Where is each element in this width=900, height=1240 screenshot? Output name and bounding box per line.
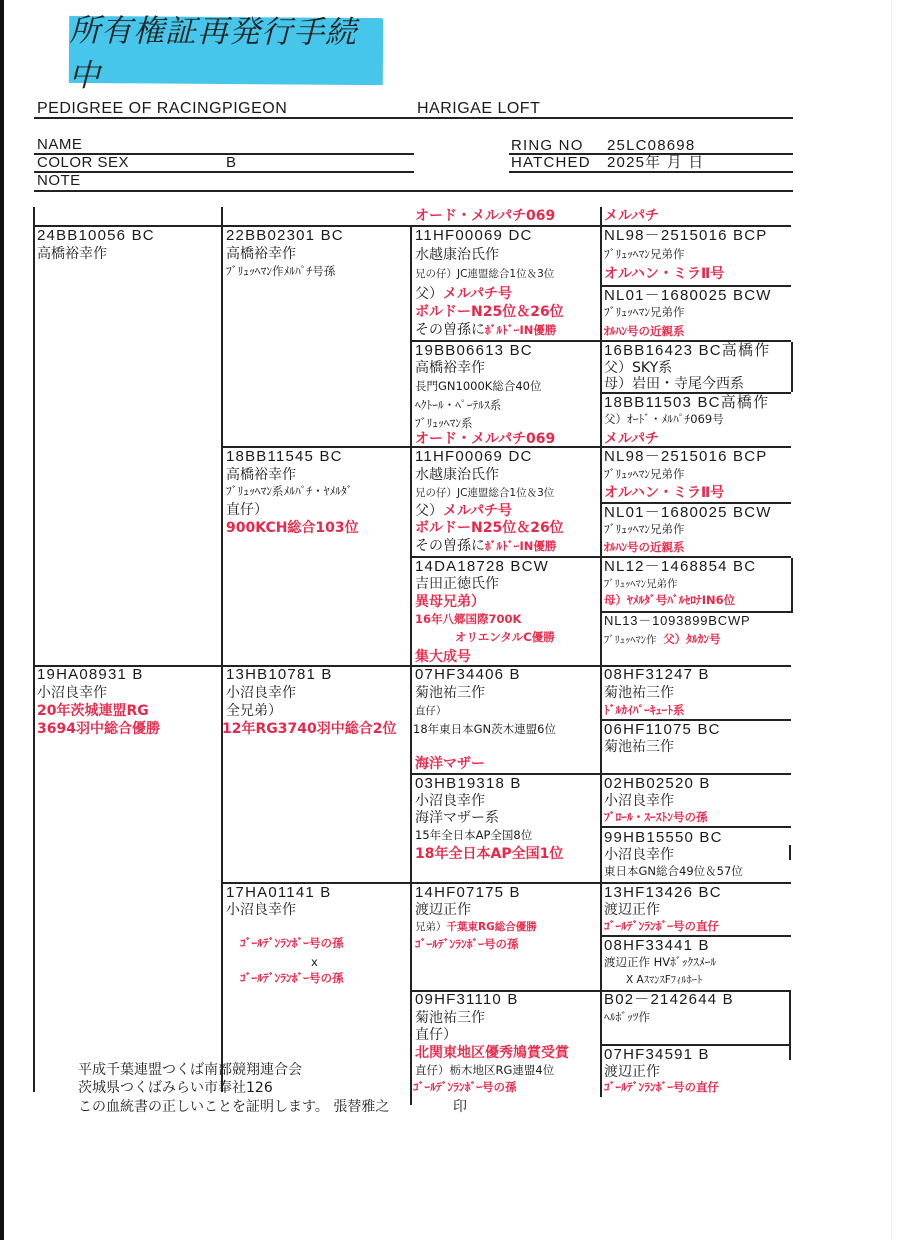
ssdd-line1: 父）ｵｰﾄﾞ・ﾒﾙﾊﾟﾁ069号	[604, 414, 724, 426]
dsd-line1: 海洋マザー系	[415, 811, 499, 825]
divider	[509, 171, 793, 173]
sdss-breeder: ﾌﾞﾘｭｯﾍﾏﾝ兄弟作	[604, 469, 685, 481]
sddd-note: 父）ﾀﾙｶﾝ号	[663, 632, 721, 646]
sdd-line2: 16年八郷国際700K	[415, 614, 521, 626]
dam-line2: 3694羽中総合優勝	[37, 722, 160, 736]
ddsd-breeder: 渡辺正作 HVﾎﾞｯｸｽﾒｰﾙ	[604, 957, 716, 969]
ssd-ring: 19BB06613 BC	[415, 343, 533, 358]
sddd-breeder: ﾌﾞﾘｭｯﾍﾏﾝ作	[604, 634, 657, 646]
sss-breeder: 水越康治氏作	[415, 248, 499, 262]
dsds-ring: 02HB02520 B	[604, 776, 711, 791]
grid-line	[789, 990, 791, 1060]
sd-ring: 18BB11545 BC	[226, 449, 343, 464]
sds-breeder: 水越康治氏作	[415, 468, 499, 482]
dddd-breeder: 渡辺正作	[604, 1065, 660, 1079]
grid-line	[221, 207, 223, 1092]
sire-ring: 24BB10056 BC	[37, 228, 155, 243]
note-label: NOTE	[37, 173, 81, 188]
sds-line4-prefix: その曽孫に	[415, 538, 485, 554]
sds-line1: 兄の仔）JC連盟総合1位＆3位	[415, 488, 554, 499]
dss-line2: 18年東日本GN茨木連盟6位	[413, 724, 556, 736]
ss-breeder: 高橋裕幸作	[226, 247, 296, 261]
dss-ring: 07HF34406 B	[415, 667, 521, 682]
dds-line2: ｺﾞｰﾙﾃﾞﾝﾗﾝﾎﾞｰ号の孫	[415, 939, 519, 951]
ssds-line2: 母）岩田・寺尾今西系	[604, 377, 744, 391]
dsdd-line1: 東日本GN総合49位＆57位	[604, 866, 743, 878]
sss-line3: ボルドーN25位＆26位	[415, 305, 564, 319]
dds-ring: 14HF07175 B	[415, 885, 521, 900]
ddsd-line1: X AｽﾏﾝｽFﾌｨﾙﾎｰﾄ	[626, 975, 702, 986]
ddds-breeder: ﾍﾙﾎﾞｯﾂ作	[604, 1012, 650, 1024]
ds-breeder: 小沼良幸作	[226, 686, 296, 700]
dss-breeder: 菊池祐三作	[415, 686, 485, 700]
sds-line2-red: メルパチ号	[443, 503, 512, 519]
sss-line2-red: メルパチ号	[443, 286, 512, 302]
dsdd-ring: 99HB15550 BC	[604, 830, 723, 845]
sdd-line4: 集大成号	[415, 650, 471, 664]
ssdd-ring: 18BB11503 BC高橋作	[604, 395, 769, 410]
document-title: PEDIGREE OF RACINGPIGEON	[37, 101, 287, 117]
sss-line1: 兄の仔）JC連盟総合1位＆3位	[415, 269, 554, 280]
sssd-breeder: ﾌﾞﾘｭｯﾍﾏﾝ兄弟作	[604, 307, 685, 319]
dds-line1-prefix: 兄弟）	[415, 921, 447, 933]
sticky-note-text: 所有権証再発行手続中	[69, 4, 384, 96]
dd-ring: 17HA01141 B	[226, 885, 332, 900]
sd-line2: 直仔）	[226, 503, 268, 517]
ddd-line4: ｺﾞｰﾙﾃﾞﾝﾗﾝﾎﾞｰ号の孫	[413, 1082, 517, 1094]
ring-no-value: 25LC08698	[607, 138, 695, 153]
ddsd-ring: 08HF33441 B	[604, 938, 710, 953]
color-sex-value: B	[226, 155, 237, 170]
sdd-line3: オリエンタルC優勝	[455, 632, 555, 644]
ds-ring: 13HB10781 B	[226, 667, 333, 682]
loft-name: HARIGAE LOFT	[417, 101, 540, 117]
sss-line4-red: ﾎﾞﾙﾄﾞｰIN優勝	[485, 323, 556, 337]
grid-line	[791, 342, 793, 392]
sss-ring: 11HF00069 DC	[415, 228, 533, 243]
dd-cross-bottom: ｺﾞｰﾙﾃﾞﾝﾗﾝﾎﾞｰ号の孫	[240, 973, 344, 985]
ssd-line3: ﾌﾞﾘｭｯﾍﾏﾝ系	[415, 418, 473, 430]
sddd-ring: NL13－1093899BCWP	[604, 614, 751, 627]
dd-cross-top: ｺﾞｰﾙﾃﾞﾝﾗﾝﾎﾞｰ号の孫	[240, 938, 344, 950]
top-gen4-label: メルパチ	[604, 209, 659, 223]
ds-line2: 12年RG3740羽中総合2位	[222, 722, 396, 736]
footer-association: 平成千葉連盟つくば南部競翔連合会	[78, 1063, 302, 1077]
dssd-ring: 06HF11075 BC	[604, 722, 721, 737]
grid-line	[791, 558, 793, 613]
ssdd-note: メルパチ	[604, 432, 659, 446]
sticky-note: 所有権証再発行手続中	[69, 16, 383, 85]
dsd-line3: 18年全日本AP全国1位	[415, 847, 563, 861]
ssd-line4: オード・メルパチ069	[415, 432, 555, 446]
divider	[34, 171, 414, 173]
dsdd-breeder: 小沼良幸作	[604, 848, 674, 862]
dam-line1: 20年茨城連盟RG	[37, 704, 149, 718]
dd-breeder: 小沼良幸作	[226, 903, 296, 917]
dssd-breeder: 菊池祐三作	[604, 740, 674, 754]
dddd-note: ｺﾞｰﾙﾃﾞﾝﾗﾝﾎﾞｰ号の直仔	[604, 1082, 719, 1094]
ss-ring: 22BB02301 BC	[226, 228, 344, 243]
dsss-breeder: 菊池祐三作	[604, 686, 674, 700]
sdds-breeder: ﾌﾞﾘｭｯﾍﾏﾝ兄弟作	[604, 579, 678, 590]
sds-line4-red: ﾎﾞﾙﾄﾞｰIN優勝	[485, 539, 556, 553]
scan-edge	[0, 0, 4, 1240]
ddss-note: ｺﾞｰﾙﾃﾞﾝﾗﾝﾎﾞｰ号の直仔	[604, 921, 719, 933]
sds-line3: ボルドーN25位＆26位	[415, 521, 564, 535]
top-gen3-label: オード・メルパチ069	[415, 209, 555, 223]
ddss-ring: 13HF13426 BC	[604, 885, 722, 900]
ss-note: ﾌﾞﾘｭｯﾍﾏﾝ作ﾒﾙﾊﾟﾁ号孫	[226, 266, 335, 278]
ring-no-label: RING NO	[511, 138, 584, 153]
dsds-note: ﾌﾞﾛｰﾙ・ｽｰｽﾄﾝ号の孫	[604, 812, 708, 824]
ddd-line2: 北関東地区優秀鳩賞受賞	[415, 1046, 569, 1060]
dam-ring: 19HA08931 B	[37, 667, 144, 682]
sdd-line1: 異母兄弟）	[415, 595, 485, 609]
ds-line1: 全兄弟）	[226, 704, 282, 718]
sssd-ring: NL01－1680025 BCW	[604, 288, 772, 303]
dss-line1: 直仔）	[415, 706, 447, 717]
sdd-ring: 14DA18728 BCW	[415, 559, 549, 574]
dsds-breeder: 小沼良幸作	[604, 794, 674, 808]
sdss-ring: NL98－2515016 BCP	[604, 449, 767, 464]
sdss-note: オルハン・ミラⅡ号	[604, 486, 724, 500]
sdsd-breeder: ﾌﾞﾘｭｯﾍﾏﾝ兄弟作	[604, 524, 685, 536]
sdds-note: 母）ﾔﾒﾙﾀﾞ号ﾊﾞﾙｾﾛﾅIN6位	[604, 595, 735, 607]
sdsd-ring: NL01－1680025 BCW	[604, 505, 772, 520]
hatched-label: HATCHED	[511, 155, 591, 170]
ddd-ring: 09HF31110 B	[415, 992, 519, 1007]
dsd-breeder: 小沼良幸作	[415, 794, 485, 808]
sire-breeder: 高橋裕幸作	[37, 247, 107, 261]
sssd-note: ｵﾙﾊﾝ号の近親系	[604, 326, 685, 338]
sds-ring: 11HF00069 DC	[415, 449, 533, 464]
dsss-ring: 08HF31247 B	[604, 667, 710, 682]
ssss-ring: NL98－2515016 BCP	[604, 228, 767, 243]
divider	[34, 117, 793, 119]
dds-line1-red: 千葉東RG総合優勝	[447, 921, 537, 933]
ssss-note: オルハン・ミラⅡ号	[604, 267, 724, 281]
dsss-note: ﾄﾞﾙｶｲﾊﾟｰｷｭｰﾄ系	[604, 705, 685, 717]
ssd-breeder: 高橋裕幸作	[415, 361, 485, 375]
ssds-line1: 父）SKY系	[604, 361, 672, 375]
footer-certification: この血統書の正しいことを証明します。 張替雅之	[78, 1100, 389, 1114]
ddds-ring: B02－2142644 B	[604, 992, 734, 1007]
sss-line2-prefix: 父）	[415, 286, 443, 302]
ddd-line1: 直仔）	[415, 1028, 457, 1042]
sdsd-note: ｵﾙﾊﾝ号の近親系	[604, 542, 685, 554]
sdd-breeder: 吉田正徳氏作	[415, 577, 499, 591]
color-sex-label: COLOR SEX	[37, 155, 129, 170]
dsd-ring: 03HB19318 B	[415, 776, 522, 791]
ssss-breeder: ﾌﾞﾘｭｯﾍﾏﾝ兄弟作	[604, 249, 685, 261]
ssd-line1: 長門GN1000K総合40位	[415, 381, 541, 393]
sd-note-red: 900KCH総合103位	[226, 521, 359, 535]
grid-line	[33, 207, 35, 1092]
dsd-line2: 15年全日本AP全国8位	[415, 830, 532, 842]
sd-note: ﾌﾞﾘｭｯﾍﾏﾝ系ﾒﾙﾊﾟﾁ・ﾔﾒﾙﾀﾞ	[226, 486, 353, 498]
ddss-breeder: 渡辺正作	[604, 903, 660, 917]
ssds-ring: 16BB16423 BC高橋作	[604, 343, 770, 358]
dss-note: 海洋マザー	[415, 757, 485, 771]
grid-line	[789, 845, 791, 860]
dddd-ring: 07HF34591 B	[604, 1047, 710, 1062]
dds-breeder: 渡辺正作	[415, 903, 471, 917]
ddd-line3: 直仔）栃木地区RG連盟4位	[415, 1065, 554, 1077]
divider	[34, 190, 793, 192]
footer-address: 茨城県つくばみらい市奉社126	[78, 1081, 273, 1095]
sss-line4-prefix: その曽孫に	[415, 322, 485, 338]
name-label: NAME	[37, 137, 82, 152]
ssd-line2: ﾍｸﾄｰﾙ・ﾍﾟｰﾃﾙｽ系	[415, 400, 501, 412]
dam-breeder: 小沼良幸作	[37, 686, 107, 700]
hatched-value: 2025年 月 日	[607, 155, 705, 170]
sdds-ring: NL12－1468854 BC	[604, 559, 756, 574]
scan-edge-right	[891, 0, 892, 1240]
sds-line2-prefix: 父）	[415, 503, 443, 519]
footer-seal: 印	[453, 1100, 467, 1114]
sd-breeder: 高橋裕幸作	[226, 468, 296, 482]
grid-line	[600, 826, 791, 828]
dd-cross-x: x	[311, 957, 318, 969]
ddd-breeder: 菊池祐三作	[415, 1011, 485, 1025]
